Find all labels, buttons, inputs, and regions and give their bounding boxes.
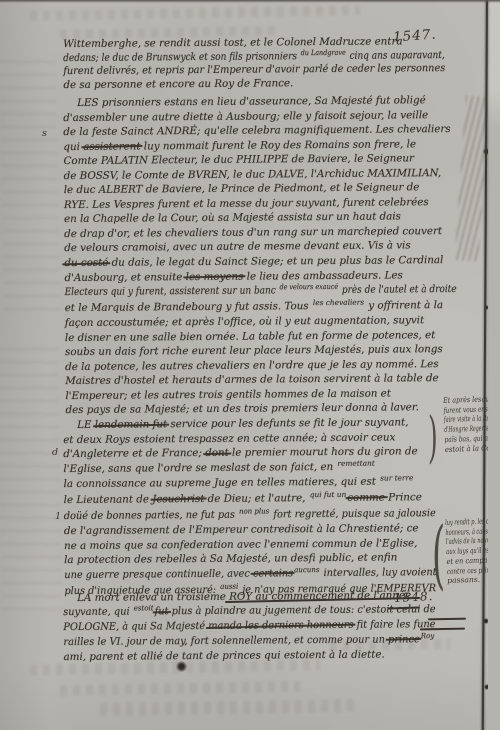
- ink-blot: [176, 661, 187, 672]
- ink-flourish: [225, 597, 420, 603]
- ink-flourish: [420, 628, 465, 630]
- ink-flourish: [388, 606, 420, 609]
- scan-top-edge: [0, 0, 500, 3]
- marginalia-layer: Et après lesquelsfurent vous ensuitefair…: [0, 0, 500, 730]
- margin-brace: (: [432, 517, 445, 592]
- manuscript-page: 1547. 1548. Wittemberghe, se rendit auss…: [0, 0, 500, 730]
- margin-mark: 1: [55, 511, 61, 522]
- margin-mark: d: [52, 447, 58, 458]
- margin-mark: s: [42, 128, 47, 139]
- page-edge-strip: [488, 0, 500, 730]
- ink-flourish: [428, 618, 466, 620]
- margin-brace: ): [428, 410, 438, 465]
